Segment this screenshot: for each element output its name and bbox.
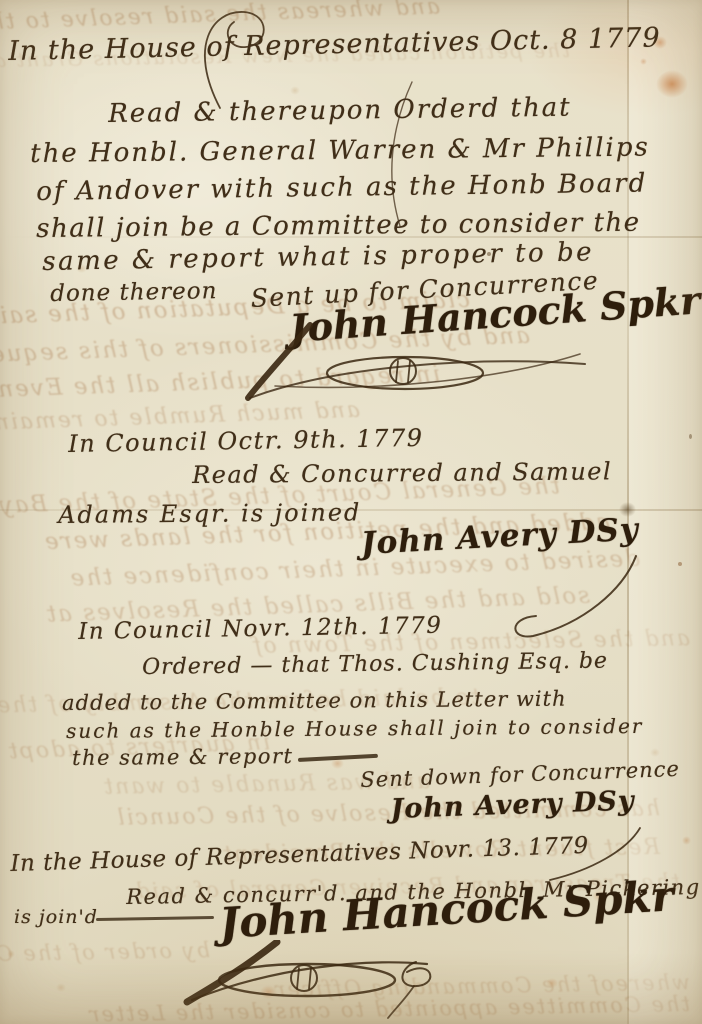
bleedthrough-line: in regard to publish all the Events to t… [0,361,440,402]
avery-tail-flourish [498,552,643,642]
section-heading-council-nov12: In Council Novr. 12th. 1779 [78,613,443,645]
bleedthrough-line: the Committee appointed to consider the … [0,992,690,1024]
manuscript-line: Read & Concurred and Samuel [192,457,612,489]
section-heading-house-oct8: In the House of Representatives Oct. 8 1… [8,22,661,67]
manuscript-line: Adams Esqr. is joined [58,498,361,529]
stain [7,950,15,958]
bleedthrough-line: desired to execute in their confidence t… [0,546,640,594]
section-heading-council-oct9: In Council Octr. 9th. 1779 [68,424,424,458]
manuscript-line: is join'd [14,906,98,928]
manuscript-line: done thereon [50,278,218,307]
manuscript-line: such as the Honble House shall join to c… [66,714,644,743]
stain [260,985,277,999]
bleedthrough-line: by order of the Council and the Secretar… [0,938,210,966]
manuscript-line: of Andover with such as the Honb Board [36,168,647,207]
manuscript-line: the same & report [72,744,293,770]
manuscript-page: and whereas the said resolve to their Ho… [0,0,702,1024]
manuscript-line: added to the Committee on this Letter wi… [62,687,567,715]
stain [290,86,300,95]
pen-dash [298,754,378,762]
section-heading-house-nov13: In the House of Representatives Novr. 13… [10,833,589,877]
signature-john-avery-2: John Avery DSy [390,785,635,824]
manuscript-line: Ordered — that Thos. Cushing Esq. be [142,648,608,680]
pen-dash [96,916,214,921]
manuscript-line: Read & thereupon Orderd that [108,93,572,129]
stain [546,978,558,988]
stain [56,983,66,992]
bleedthrough-line: and whereas the said resolve to their Ho… [120,0,441,31]
manuscript-line: the Honbl. General Warren & Mr Phillips [30,133,650,169]
signature-john-avery-1: John Avery DSy [360,511,640,562]
hancock-paraph-flourish [182,940,447,1020]
